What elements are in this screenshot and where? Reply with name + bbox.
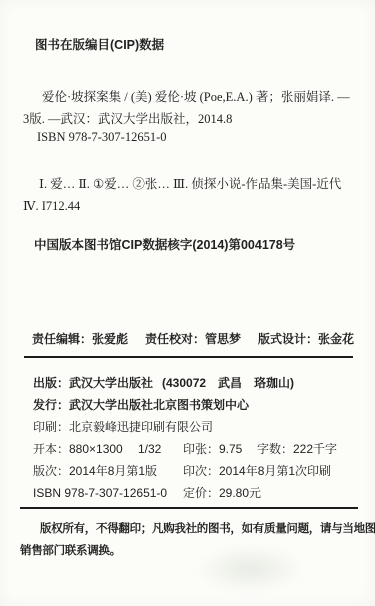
- isbn-bottom: ISBN 978-7-307-12651-0: [33, 485, 167, 501]
- word-count: 字数：222千字: [257, 441, 337, 457]
- cip-classification-line1: Ⅰ. 爱… Ⅱ. ①爱… ②张… Ⅲ. 侦探小说-作品集-美国-近代: [39, 176, 341, 192]
- distributor: 发行：武汉大学出版社北京图书策划中心: [33, 397, 249, 413]
- copyright-notice-line2: 销售部门联系调换。: [20, 543, 121, 559]
- publisher-address: (430072 武昌 珞珈山): [162, 375, 294, 391]
- cip-isbn: ISBN 978-7-307-12651-0: [37, 129, 167, 145]
- cip-classification-line2: Ⅳ. I712.44: [23, 198, 80, 214]
- divider-bottom: [20, 507, 358, 509]
- layout-designer: 版式设计：张金花: [258, 331, 354, 347]
- cip-heading: 图书在版编目(CIP)数据: [35, 37, 164, 53]
- divider-top: [24, 356, 353, 358]
- price: 定价：29.80元: [183, 485, 261, 501]
- format-fraction: 1/32: [138, 441, 161, 457]
- book-format: 开本：880×1300: [33, 441, 123, 457]
- impression: 印次：2014年8月第1次印刷: [183, 463, 331, 479]
- printer: 印刷：北京毅峰迅捷印刷有限公司: [33, 419, 213, 435]
- publisher: 出版：武汉大学出版社: [33, 375, 153, 391]
- cip-record-number: 中国版本图书馆CIP数据核字(2014)第004178号: [34, 237, 295, 253]
- cip-description-line2: 3版. —武汉：武汉大学出版社，2014.8: [23, 111, 232, 127]
- responsible-editor: 责任编辑：张爱彪: [32, 331, 128, 347]
- responsible-proofreader: 责任校对：管思梦: [145, 331, 241, 347]
- cip-description-line1: 爱伦·坡探案集 / (美) 爱伦·坡 (Poe,E.A.) 著；张丽娟译. —: [42, 89, 350, 105]
- printed-sheets: 印张：9.75: [183, 441, 242, 457]
- paper-smudge: [195, 545, 305, 593]
- copyright-notice-line1: 版权所有，不得翻印；凡购我社的图书，如有质量问题，请与当地图书: [40, 521, 375, 537]
- cip-copyright-page: 图书在版编目(CIP)数据 爱伦·坡探案集 / (美) 爱伦·坡 (Poe,E.…: [0, 0, 375, 606]
- edition: 版次：2014年8月第1版: [33, 463, 157, 479]
